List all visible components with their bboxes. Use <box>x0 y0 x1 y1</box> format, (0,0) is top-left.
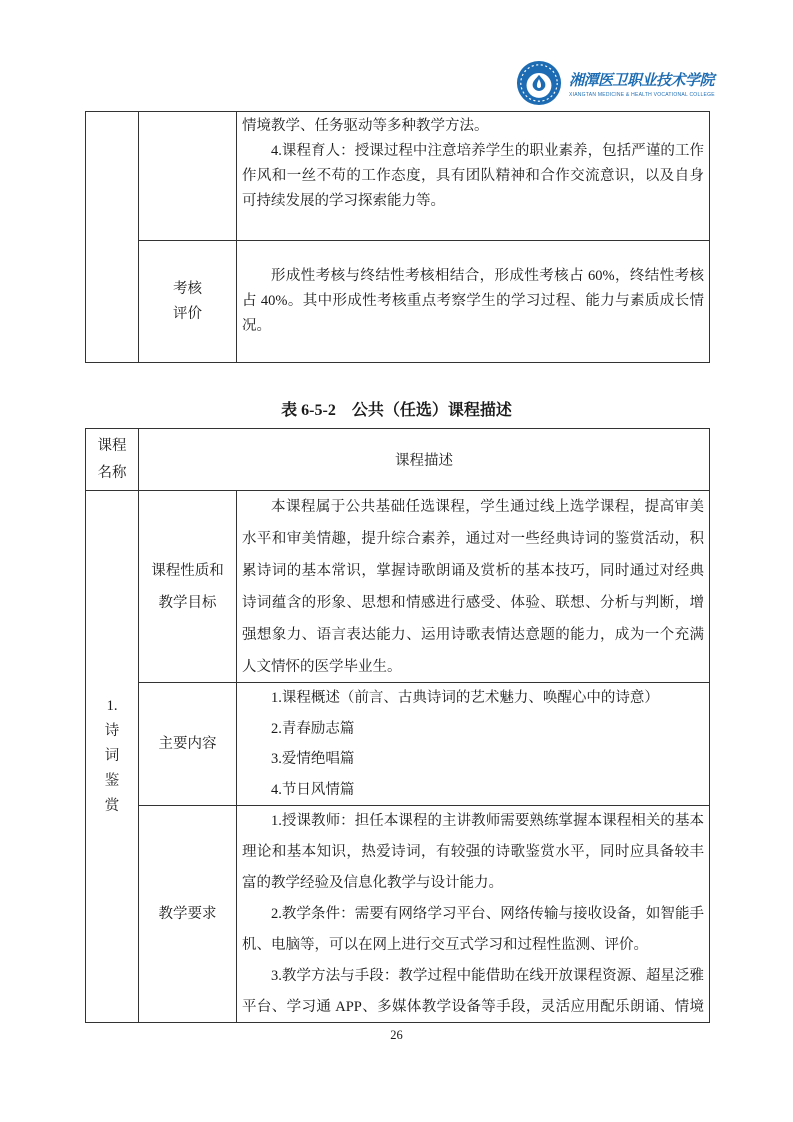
paragraph: 1.授课教师：担任本课程的主讲教师需要熟练掌握本课程相关的基本理论和基本知识，热… <box>242 806 704 899</box>
header-label: 课程描述 <box>395 449 453 470</box>
label-line: 评价 <box>173 302 202 327</box>
paragraph: 本课程属于公共基础任选课程，学生通过线上选学课程，提高审美水平和审美情趣，提升综… <box>242 491 704 682</box>
label-line: 考核 <box>173 277 202 302</box>
list-item: 4.节日风情篇 <box>242 775 704 805</box>
cell-teaching-requirements-content: 1.授课教师：担任本课程的主讲教师需要熟练掌握本课程相关的基本理论和基本知识，热… <box>237 806 709 1022</box>
cell-methods-content: 情境教学、任务驱动等多种教学方法。 4.课程育人：授课过程中注意培养学生的职业素… <box>237 114 709 239</box>
header-line: 课程 <box>98 433 127 460</box>
list-item: 3.爱情绝唱篇 <box>242 744 704 775</box>
course-name-line: 鉴 <box>105 769 120 794</box>
course-name-line: 诗 <box>105 719 120 744</box>
paragraph: 形成性考核与终结性考核相结合，形成性考核占 60%，终结性考核占 40%。其中形… <box>242 264 704 339</box>
cell-main-content-label: 主要内容 <box>139 683 236 805</box>
cell-course-name: 1. 诗 词 鉴 赏 <box>86 491 138 1022</box>
college-name-block: 湘潭医卫职业技术学院 XIANGTAN MEDICINE & HEALTH VO… <box>569 69 715 98</box>
paragraph: 4.课程育人：授课过程中注意培养学生的职业素养，包括严谨的工作作风和一丝不苟的工… <box>242 139 704 214</box>
header-line: 名称 <box>98 460 127 487</box>
label-line: 主要内容 <box>159 729 217 760</box>
cell-assessment-label: 考核 评价 <box>139 241 236 362</box>
label-line: 教学目标 <box>159 587 217 619</box>
college-name-en: XIANGTAN MEDICINE & HEALTH VOCATIONAL CO… <box>569 92 715 98</box>
list-item: 1.课程概述（前言、古典诗词的艺术魅力、唤醒心中的诗意） <box>242 683 704 714</box>
cell-teaching-requirements-label: 教学要求 <box>139 806 236 1022</box>
paragraph: 情境教学、任务驱动等多种教学方法。 <box>242 114 704 139</box>
college-name-zh: 湘潭医卫职业技术学院 <box>569 69 714 90</box>
college-emblem-icon <box>516 60 562 106</box>
cell-nature-goal-content: 本课程属于公共基础任选课程，学生通过线上选学课程，提高审美水平和审美情趣，提升综… <box>237 491 709 682</box>
paragraph: 3.教学方法与手段：教学过程中能借助在线开放课程资源、超星泛雅平台、学习通 AP… <box>242 961 704 1022</box>
header-course-description: 课程描述 <box>139 429 709 490</box>
paragraph: 2.教学条件：需要有网络学习平台、网络传输与接收设备，如智能手机、电脑等，可以在… <box>242 899 704 961</box>
college-logo: 湘潭医卫职业技术学院 XIANGTAN MEDICINE & HEALTH VO… <box>516 60 715 106</box>
page-number: 26 <box>0 1028 793 1043</box>
table-caption: 表 6-5-2 公共（任选）课程描述 <box>0 397 793 420</box>
label-line: 教学要求 <box>159 899 217 930</box>
cell-main-content: 1.课程概述（前言、古典诗词的艺术魅力、唤醒心中的诗意） 2.青春励志篇 3.爱… <box>237 683 709 805</box>
list-item: 2.青春励志篇 <box>242 714 704 745</box>
header-course-name: 课程 名称 <box>86 429 138 490</box>
table-elective-courses: 课程 名称 课程描述 1. 诗 词 鉴 赏 课程性质和 教学目标 本课程属于公共… <box>85 428 710 1023</box>
table-course-continuation: 情境教学、任务驱动等多种教学方法。 4.课程育人：授课过程中注意培养学生的职业素… <box>85 111 710 363</box>
course-name-line: 赏 <box>105 794 120 819</box>
document-page: 湘潭医卫职业技术学院 XIANGTAN MEDICINE & HEALTH VO… <box>0 0 793 1122</box>
label-line: 课程性质和 <box>151 555 224 587</box>
course-name-line: 词 <box>105 744 120 769</box>
course-name-line: 1. <box>107 694 118 719</box>
cell-assessment-content: 形成性考核与终结性考核相结合，形成性考核占 60%，终结性考核占 40%。其中形… <box>237 241 709 362</box>
cell-nature-goal-label: 课程性质和 教学目标 <box>139 491 236 682</box>
